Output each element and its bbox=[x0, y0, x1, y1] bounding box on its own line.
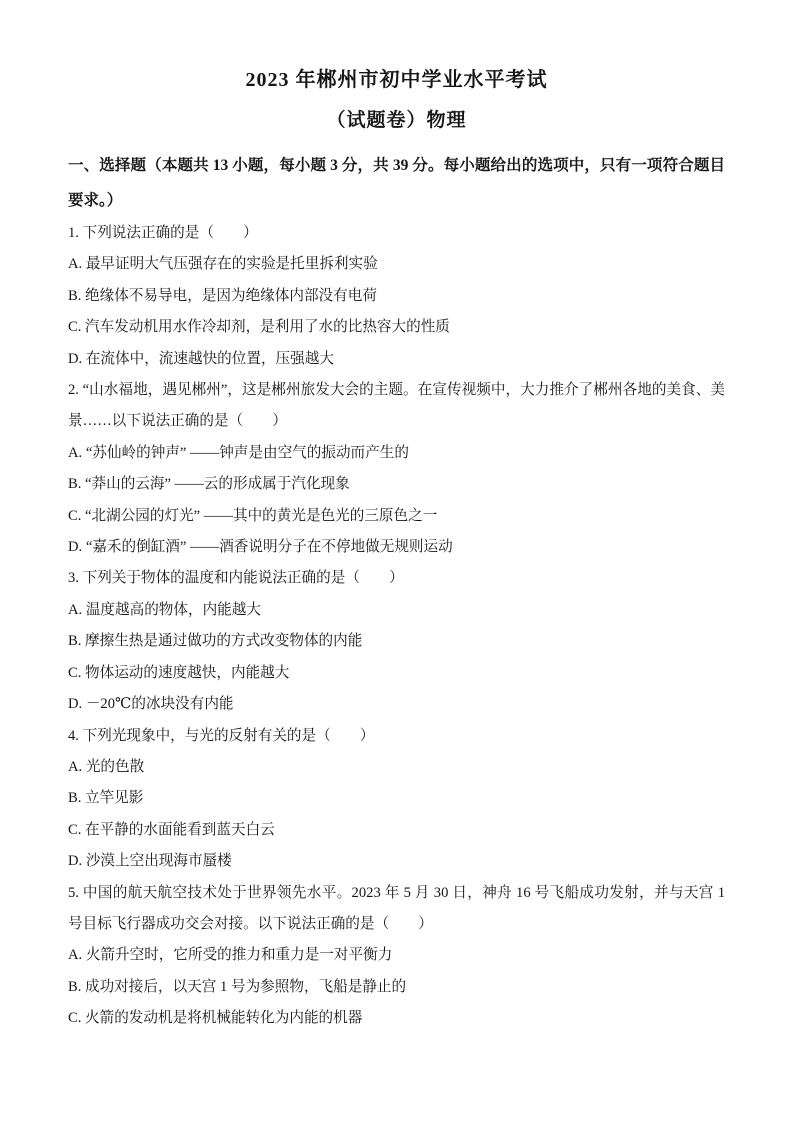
question-2-option-c: C. “北湖公园的灯光” ——其中的黄光是色光的三原色之一 bbox=[68, 501, 725, 532]
question-1-option-b: B. 绝缘体不易导电，是因为绝缘体内部没有电荷 bbox=[68, 281, 725, 312]
question-1-stem: 1. 下列说法正确的是（ ） bbox=[68, 218, 725, 249]
page-content: 2023 年郴州市初中学业水平考试 （试题卷）物理 一、选择题（本题共 13 小… bbox=[0, 0, 793, 1035]
page-title: 2023 年郴州市初中学业水平考试 bbox=[68, 66, 725, 94]
question-5-stem: 5. 中国的航天航空技术处于世界领先水平。2023 年 5 月 30 日，神舟 … bbox=[68, 878, 725, 941]
question-2-stem: 2. “山水福地，遇见郴州”，这是郴州旅发大会的主题。在宣传视频中，大力推介了郴… bbox=[68, 375, 725, 438]
question-4-option-d: D. 沙漠上空出现海市蜃楼 bbox=[68, 846, 725, 877]
section-heading: 一、选择题（本题共 13 小题，每小题 3 分，共 39 分。每小题给出的选项中… bbox=[68, 148, 725, 218]
question-5: 5. 中国的航天航空技术处于世界领先水平。2023 年 5 月 30 日，神舟 … bbox=[68, 878, 725, 1035]
question-1-option-a: A. 最早证明大气压强存在的实验是托里拆利实验 bbox=[68, 249, 725, 280]
question-4: 4. 下列光现象中，与光的反射有关的是（ ） A. 光的色散 B. 立竿见影 C… bbox=[68, 721, 725, 878]
question-3-option-d: D. －20℃的冰块没有内能 bbox=[68, 689, 725, 720]
question-5-option-b: B. 成功对接后，以天宫 1 号为参照物，飞船是静止的 bbox=[68, 972, 725, 1003]
question-4-stem: 4. 下列光现象中，与光的反射有关的是（ ） bbox=[68, 721, 725, 752]
question-3-stem: 3. 下列关于物体的温度和内能说法正确的是（ ） bbox=[68, 563, 725, 594]
question-3-option-b: B. 摩擦生热是通过做功的方式改变物体的内能 bbox=[68, 626, 725, 657]
question-2-option-a: A. “苏仙岭的钟声” ——钟声是由空气的振动而产生的 bbox=[68, 438, 725, 469]
question-2-option-d: D. “嘉禾的倒缸酒” ——酒香说明分子在不停地做无规则运动 bbox=[68, 532, 725, 563]
question-4-option-b: B. 立竿见影 bbox=[68, 783, 725, 814]
question-5-option-c: C. 火箭的发动机是将机械能转化为内能的机器 bbox=[68, 1003, 725, 1034]
question-1-option-d: D. 在流体中，流速越快的位置，压强越大 bbox=[68, 344, 725, 375]
question-3-option-c: C. 物体运动的速度越快，内能越大 bbox=[68, 658, 725, 689]
question-5-option-a: A. 火箭升空时，它所受的推力和重力是一对平衡力 bbox=[68, 940, 725, 971]
question-4-option-c: C. 在平静的水面能看到蓝天白云 bbox=[68, 815, 725, 846]
question-2: 2. “山水福地，遇见郴州”，这是郴州旅发大会的主题。在宣传视频中，大力推介了郴… bbox=[68, 375, 725, 563]
question-1-option-c: C. 汽车发动机用水作冷却剂，是利用了水的比热容大的性质 bbox=[68, 312, 725, 343]
question-4-option-a: A. 光的色散 bbox=[68, 752, 725, 783]
question-3-option-a: A. 温度越高的物体，内能越大 bbox=[68, 595, 725, 626]
question-2-option-b: B. “莽山的云海” ——云的形成属于汽化现象 bbox=[68, 469, 725, 500]
exam-paper-page: 2023 年郴州市初中学业水平考试 （试题卷）物理 一、选择题（本题共 13 小… bbox=[0, 0, 793, 1122]
question-3: 3. 下列关于物体的温度和内能说法正确的是（ ） A. 温度越高的物体，内能越大… bbox=[68, 563, 725, 720]
question-1: 1. 下列说法正确的是（ ） A. 最早证明大气压强存在的实验是托里拆利实验 B… bbox=[68, 218, 725, 375]
page-subtitle: （试题卷）物理 bbox=[68, 108, 725, 134]
